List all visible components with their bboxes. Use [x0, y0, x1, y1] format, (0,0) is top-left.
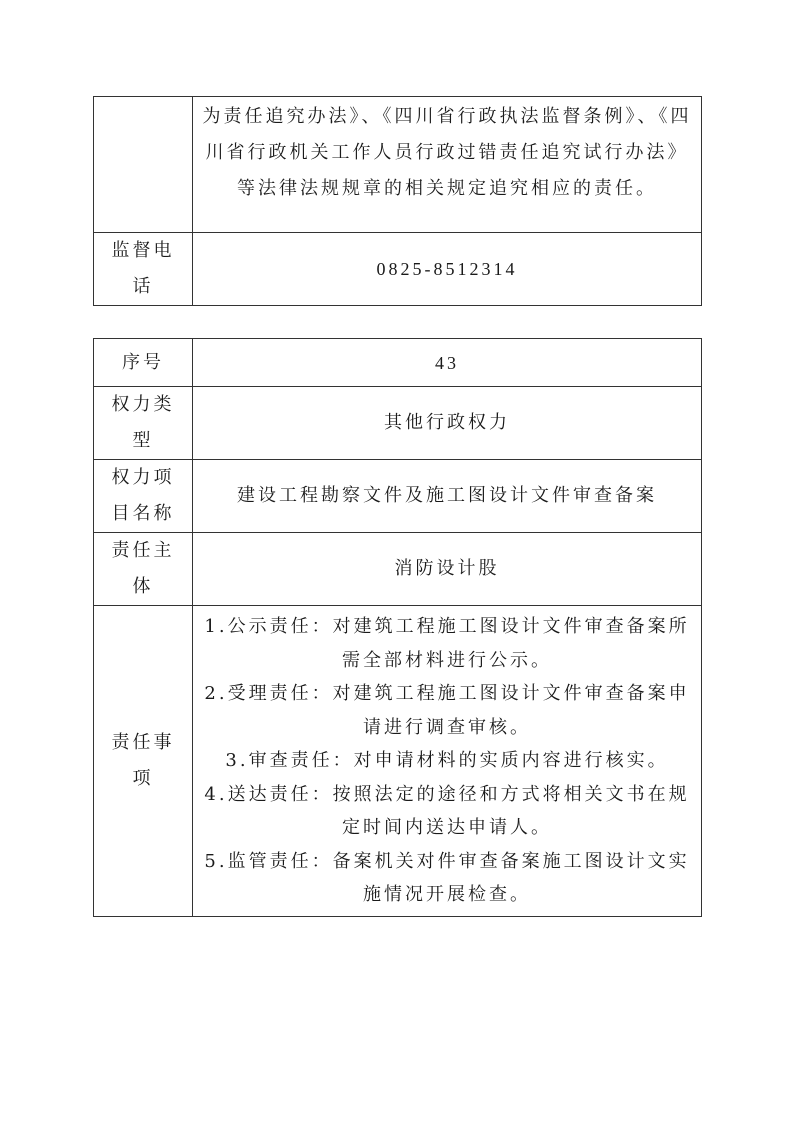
- responsible-entity-label: 责任主 体: [94, 533, 193, 606]
- table-row-serial-number: 序号 43: [94, 339, 702, 387]
- label-line: 权力项: [94, 460, 192, 496]
- text-line: 等法律法规规章的相关规定追究相应的责任。: [193, 171, 701, 207]
- label-line: 型: [94, 423, 192, 459]
- label-line: 项: [94, 761, 192, 797]
- serial-number-label: 序号: [94, 339, 193, 387]
- liability-basis-text: 为责任追究办法》、《四川省行政执法监督条例》、《四 川省行政机关工作人员行政过错…: [193, 97, 702, 233]
- label-line: 权力类: [94, 387, 192, 423]
- power-item-name-label: 权力项 目名称: [94, 460, 193, 533]
- table-row-supervision-phone: 监督电 话 0825-8512314: [94, 233, 702, 306]
- label-line: 体: [94, 569, 192, 605]
- power-item-name-value: 建设工程勘察文件及施工图设计文件审查备案: [193, 460, 702, 533]
- responsibility-item-line: 5.监管责任：备案机关对件审查备案施工图设计文实: [193, 845, 701, 879]
- table-row-responsible-entity: 责任主 体 消防设计股: [94, 533, 702, 606]
- text-line: 川省行政机关工作人员行政过错责任追究试行办法》: [193, 135, 701, 171]
- serial-number-value: 43: [193, 339, 702, 387]
- table-row-liability-basis: 为责任追究办法》、《四川省行政执法监督条例》、《四 川省行政机关工作人员行政过错…: [94, 97, 702, 233]
- responsibility-item-line: 请进行调查审核。: [193, 711, 701, 745]
- label-cell-empty: [94, 97, 193, 233]
- label-line: 序号: [94, 345, 192, 381]
- power-item-table: 序号 43 权力类 型 其他行政权力 权力项 目名称 建设工程勘察文件及施工图设…: [93, 338, 702, 917]
- power-type-label: 权力类 型: [94, 387, 193, 460]
- responsibility-item-line: 施情况开展检查。: [193, 878, 701, 912]
- label-line: 责任事: [94, 725, 192, 761]
- responsibility-item-line: 4.送达责任：按照法定的途径和方式将相关文书在规: [193, 778, 701, 812]
- text-line: 为责任追究办法》、《四川省行政执法监督条例》、《四: [193, 99, 701, 135]
- table-row-responsibility-items: 责任事 项 1.公示责任：对建筑工程施工图设计文件审查备案所 需全部材料进行公示…: [94, 606, 702, 917]
- responsibility-item-line: 定时间内送达申请人。: [193, 811, 701, 845]
- responsibility-item-line: 2.受理责任：对建筑工程施工图设计文件审查备案申: [193, 677, 701, 711]
- label-line: 责任主: [94, 533, 192, 569]
- supervision-phone-label: 监督电 话: [94, 233, 193, 306]
- label-line: 话: [94, 269, 192, 305]
- responsibility-item-line: 3.审查责任：对申请材料的实质内容进行核实。: [193, 744, 701, 778]
- responsible-entity-value: 消防设计股: [193, 533, 702, 606]
- label-line: 监督电: [94, 233, 192, 269]
- responsibility-item-line: 1.公示责任：对建筑工程施工图设计文件审查备案所: [193, 610, 701, 644]
- liability-table-continued: 为责任追究办法》、《四川省行政执法监督条例》、《四 川省行政机关工作人员行政过错…: [93, 96, 702, 306]
- responsibility-items-list: 1.公示责任：对建筑工程施工图设计文件审查备案所 需全部材料进行公示。 2.受理…: [193, 606, 702, 917]
- responsibility-item-line: 需全部材料进行公示。: [193, 644, 701, 678]
- table-row-power-type: 权力类 型 其他行政权力: [94, 387, 702, 460]
- supervision-phone-value: 0825-8512314: [193, 233, 702, 306]
- label-line: 目名称: [94, 496, 192, 532]
- responsibility-items-label: 责任事 项: [94, 606, 193, 917]
- table-row-power-item-name: 权力项 目名称 建设工程勘察文件及施工图设计文件审查备案: [94, 460, 702, 533]
- power-type-value: 其他行政权力: [193, 387, 702, 460]
